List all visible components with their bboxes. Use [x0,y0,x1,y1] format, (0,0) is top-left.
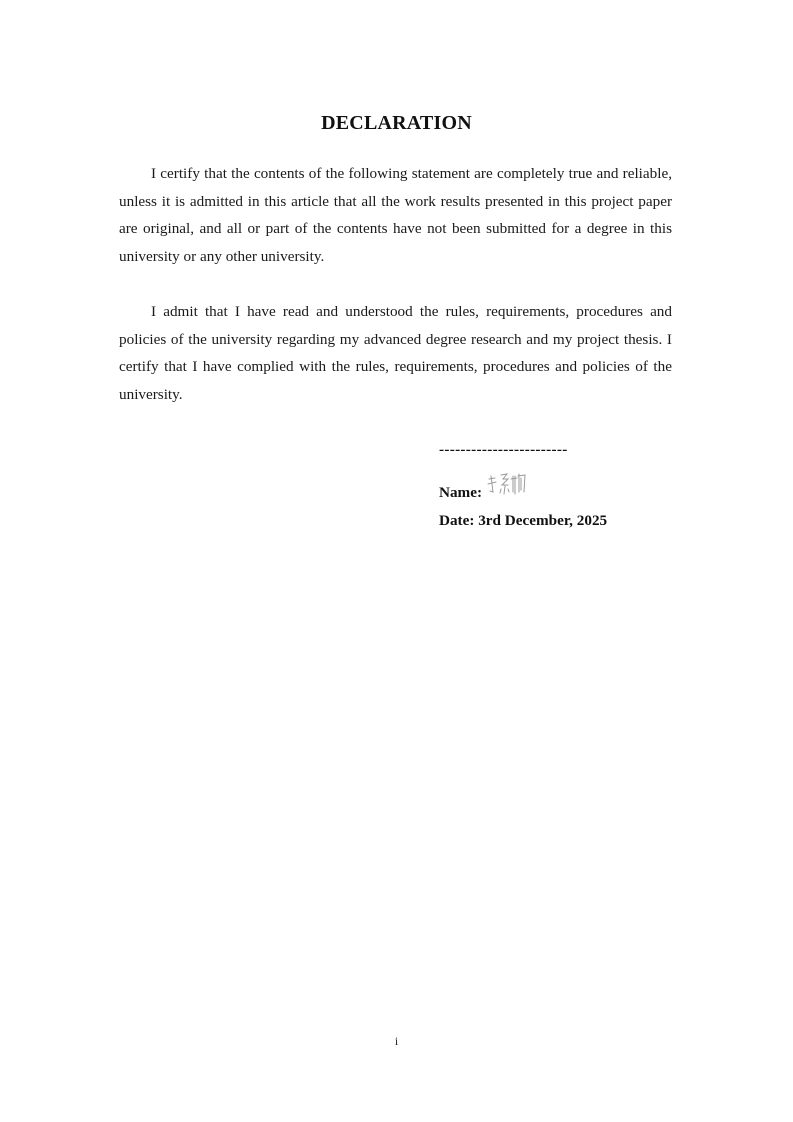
declaration-paragraph-2: I admit that I have read and understood … [119,298,672,408]
handwritten-signature-icon [486,470,530,502]
name-label: Name: [439,484,482,502]
paragraph-text: I certify that the contents of the follo… [119,165,672,265]
date-text: Date: 3rd December, 2025 [439,512,607,530]
signature-line: ------------------------ [439,441,568,459]
page-title: DECLARATION [0,112,793,135]
document-page: DECLARATION I certify that the contents … [0,0,793,1122]
paragraph-text: I admit that I have read and understood … [119,303,672,403]
declaration-paragraph-1: I certify that the contents of the follo… [119,160,672,270]
page-number: i [0,1034,793,1049]
